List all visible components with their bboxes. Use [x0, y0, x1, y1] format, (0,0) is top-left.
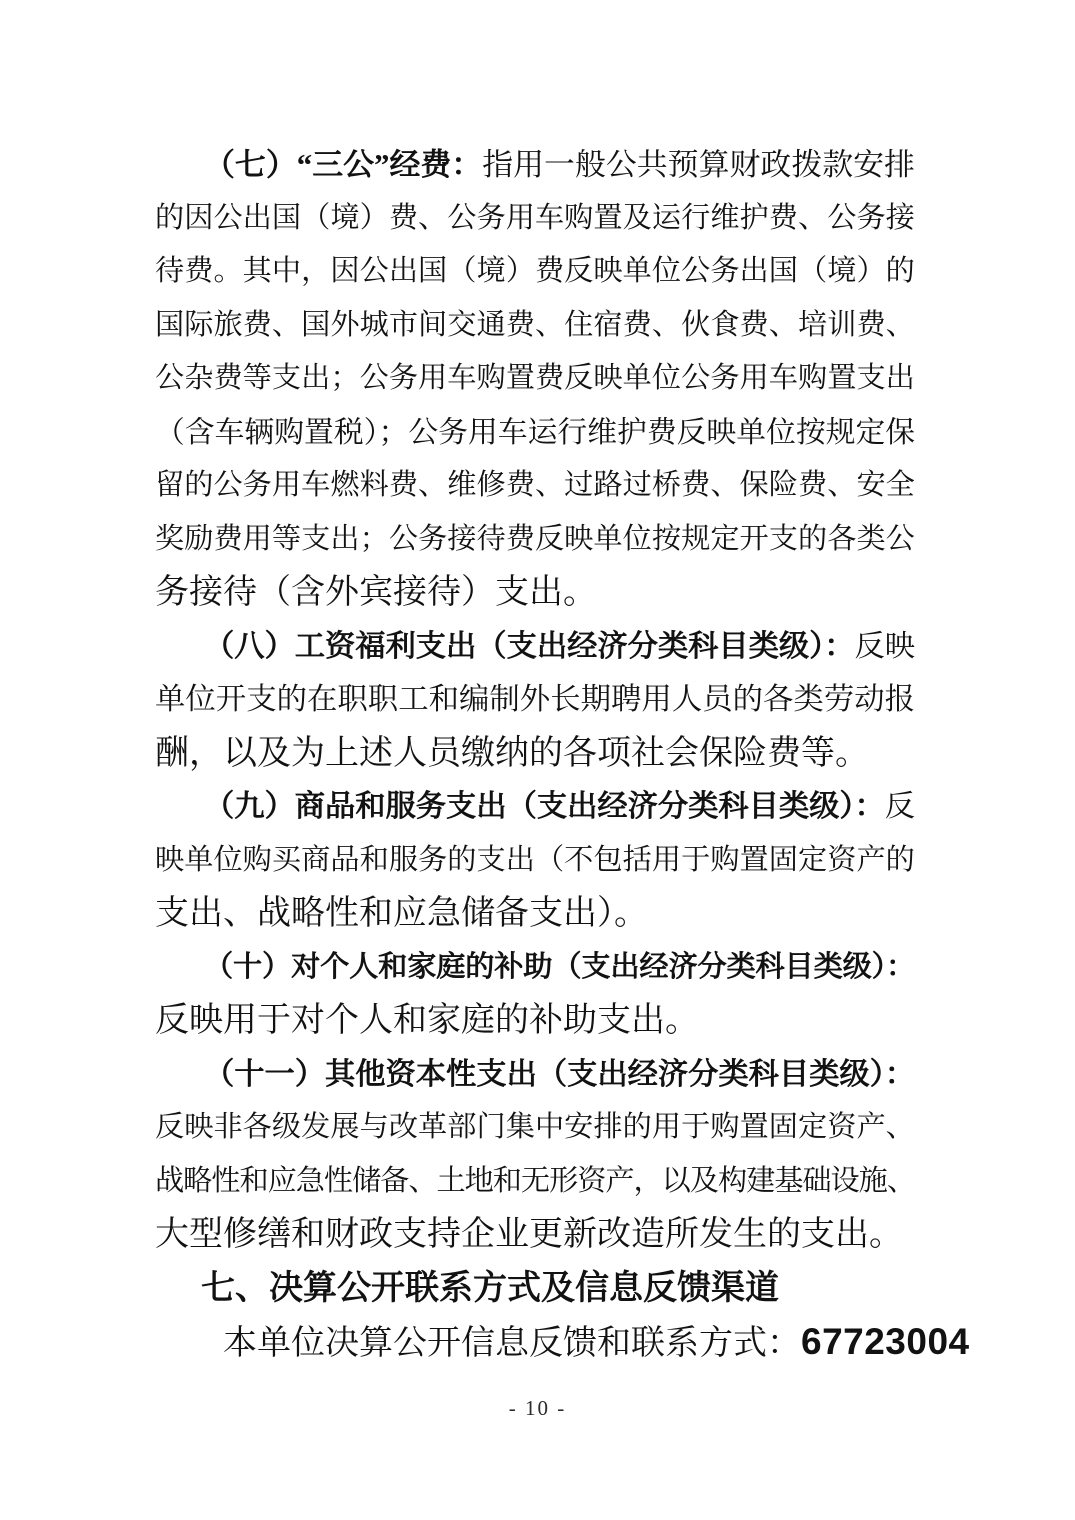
- body-text: 大型修缮和财政支持企业更新改造所发生的支出。: [155, 1216, 903, 1253]
- body-text: 酬，以及为上述人员缴纳的各项社会保险费等。: [155, 735, 869, 772]
- paragraph-line: （十）对个人和家庭的补助（支出经济分类科目类级）：: [155, 941, 915, 995]
- bold-text: （八）工资福利支出（支出经济分类科目类级）：: [204, 629, 855, 663]
- body-text: 留的公务用车燃料费、维修费、过路过桥费、保险费、安全: [155, 469, 915, 501]
- body-text: 务接待（含外宾接待）支出。: [155, 574, 597, 611]
- paragraph-line: 国际旅费、国外城市间交通费、住宿费、伙食费、培训费、: [155, 299, 915, 353]
- paragraph-line: （含车辆购置税）；公务用车运行维护费反映单位按规定保: [155, 406, 915, 460]
- body-text: 本单位决算公开信息反馈和联系方式：: [223, 1325, 801, 1362]
- paragraph-line: （七）“三公”经费：指用一般公共预算财政拨款安排: [155, 138, 915, 192]
- body-text: 单位开支的在职职工和编制外长期聘用人员的各类劳动报: [155, 682, 915, 716]
- paragraph-line: 反映非各级发展与改革部门集中安排的用于购置固定资产、: [155, 1101, 915, 1155]
- body-text: 待费。其中，因公出国（境）费反映单位公务出国（境）的: [155, 255, 915, 287]
- page-number: - 10 -: [0, 1396, 1075, 1421]
- document-body: （七）“三公”经费：指用一般公共预算财政拨款安排 的因公出国（境）费、公务用车购…: [155, 138, 915, 1369]
- paragraph-line: 支出、战略性和应急储备支出）。: [155, 887, 915, 941]
- body-text: 国际旅费、国外城市间交通费、住宿费、伙食费、培训费、: [155, 309, 915, 341]
- section-heading: 七、决算公开联系方式及信息反馈渠道: [155, 1262, 915, 1316]
- paragraph-line: （八）工资福利支出（支出经济分类科目类级）：反映: [155, 620, 915, 674]
- body-text: 战略性和应急性储备、土地和无形资产，以及构建基础设施、: [155, 1165, 915, 1197]
- paragraph-line: 反映用于对个人和家庭的补助支出。: [155, 994, 915, 1048]
- body-text: 反映非各级发展与改革部门集中安排的用于购置固定资产、: [155, 1111, 915, 1143]
- contact-line: 本单位决算公开信息反馈和联系方式：67723004: [155, 1315, 915, 1369]
- paragraph-line: 映单位购买商品和服务的支出（不包括用于购置固定资产的: [155, 834, 915, 888]
- body-text: 指用一般公共预算财政拨款安排: [482, 147, 915, 182]
- bold-text: （九）商品和服务支出（支出经济分类科目类级）：: [204, 789, 885, 823]
- paragraph-line: 待费。其中，因公出国（境）费反映单位公务出国（境）的: [155, 245, 915, 299]
- paragraph-line: 的因公出国（境）费、公务用车购置及运行维护费、公务接: [155, 192, 915, 246]
- bold-text: （十一）其他资本性支出（支出经济分类科目类级）：: [204, 1057, 915, 1091]
- document-page: （七）“三公”经费：指用一般公共预算财政拨款安排 的因公出国（境）费、公务用车购…: [0, 0, 1075, 1520]
- heading-text: 七、决算公开联系方式及信息反馈渠道: [201, 1270, 779, 1307]
- paragraph-line: 大型修缮和财政支持企业更新改造所发生的支出。: [155, 1208, 915, 1262]
- paragraph-line: 奖励费用等支出；公务接待费反映单位按规定开支的各类公: [155, 513, 915, 567]
- bold-text: （七）“三公”经费：: [204, 147, 482, 182]
- paragraph-line: 公杂费等支出；公务用车购置费反映单位公务用车购置支出: [155, 352, 915, 406]
- paragraph-line: 单位开支的在职职工和编制外长期聘用人员的各类劳动报: [155, 673, 915, 727]
- paragraph-line: （十一）其他资本性支出（支出经济分类科目类级）：: [155, 1048, 915, 1102]
- paragraph-line: （九）商品和服务支出（支出经济分类科目类级）：反: [155, 780, 915, 834]
- paragraph-line: 战略性和应急性储备、土地和无形资产，以及构建基础设施、: [155, 1155, 915, 1209]
- body-text: 支出、战略性和应急储备支出）。: [155, 895, 648, 932]
- body-text: 反映: [855, 629, 916, 663]
- bold-text: （十）对个人和家庭的补助（支出经济分类科目类级）：: [204, 951, 915, 983]
- body-text: 映单位购买商品和服务的支出（不包括用于购置固定资产的: [155, 844, 915, 876]
- paragraph-line: 务接待（含外宾接待）支出。: [155, 566, 915, 620]
- body-text: 反: [885, 789, 915, 823]
- contact-phone-number: 67723004: [801, 1321, 970, 1362]
- paragraph-line: 留的公务用车燃料费、维修费、过路过桥费、保险费、安全: [155, 459, 915, 513]
- body-text: 公杂费等支出；公务用车购置费反映单位公务用车购置支出: [155, 362, 915, 394]
- body-text: （含车辆购置税）；公务用车运行维护费反映单位按规定保: [155, 416, 915, 449]
- body-text: 的因公出国（境）费、公务用车购置及运行维护费、公务接: [155, 202, 915, 234]
- body-text: 反映用于对个人和家庭的补助支出。: [155, 1002, 699, 1039]
- paragraph-line: 酬，以及为上述人员缴纳的各项社会保险费等。: [155, 727, 915, 781]
- body-text: 奖励费用等支出；公务接待费反映单位按规定开支的各类公: [155, 523, 915, 555]
